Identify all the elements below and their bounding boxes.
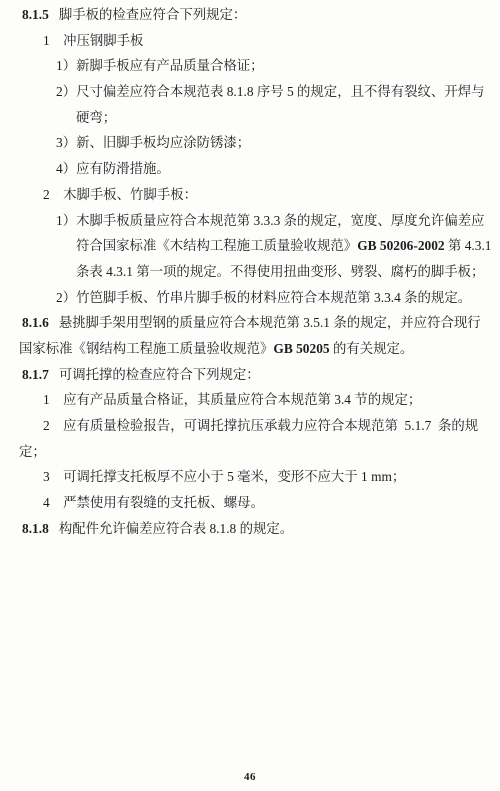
text-segment: 构配件允许偏差应符合表 8.1.8 的规定。 [49, 521, 293, 536]
text-segment: 硬弯； [76, 110, 116, 125]
text-line: 8.1.5 脚手板的检查应符合下列规定： [0, 2, 500, 28]
text-segment: 第 4.3.1 [445, 238, 492, 253]
text-segment: 定； [19, 444, 46, 459]
text-line: 8.1.8 构配件允许偏差应符合表 8.1.8 的规定。 [0, 516, 500, 542]
text-line: 符合国家标准《木结构工程施工质量验收规范》GB 50206-2002 第 4.3… [0, 233, 500, 259]
text-segment: 1 应有产品质量合格证，其质量应符合本规范第 3.4 节的规定； [43, 392, 421, 407]
clause-number: 8.1.8 [22, 521, 49, 536]
clause-number: GB 50206-2002 [357, 238, 444, 253]
page-number: 46 [0, 771, 500, 783]
text-line: 国家标准《钢结构工程施工质量验收规范》GB 50205 的有关规定。 [0, 336, 500, 362]
text-segment: 1）新脚手板应有产品质量合格证； [56, 58, 264, 73]
clause-number: 8.1.7 [22, 367, 49, 382]
text-line: 1 冲压钢脚手板 [0, 28, 500, 54]
text-segment: 国家标准《钢结构工程施工质量验收规范》 [19, 341, 273, 356]
text-segment: 2）尺寸偏差应符合本规范表 8.1.8 序号 5 的规定，且不得有裂纹、开焊与 [56, 84, 485, 99]
text-line: 2 木脚手板、竹脚手板： [0, 182, 500, 208]
text-line: 2 应有质量检验报告，可调托撑抗压承载力应符合本规范第 5.1.7 条的规 [0, 413, 500, 439]
text-segment: 的有关规定。 [330, 341, 414, 356]
text-segment: 条表 4.3.1 第一项的规定。不得使用扭曲变形、劈裂、腐朽的脚手板； [76, 264, 484, 279]
text-line: 定； [0, 439, 500, 465]
text-segment: 可调托撑的检查应符合下列规定： [49, 367, 260, 382]
text-segment: 2 应有质量检验报告，可调托撑抗压承载力应符合本规范第 5.1.7 条的规 [43, 418, 478, 433]
clause-number: 8.1.5 [22, 7, 49, 22]
text-line: 硬弯； [0, 105, 500, 131]
text-line: 3 可调托撑支托板厚不应小于 5 毫米，变形不应大于 1 mm； [0, 464, 500, 490]
text-segment: 符合国家标准《木结构工程施工质量验收规范》 [76, 238, 357, 253]
text-line: 1）木脚手板质量应符合本规范第 3.3.3 条的规定，宽度、厚度允许偏差应 [0, 208, 500, 234]
text-segment: 悬挑脚手架用型钢的质量应符合本规范第 3.5.1 条的规定，并应符合现行 [49, 315, 481, 330]
document-page: 8.1.5 脚手板的检查应符合下列规定：1 冲压钢脚手板1）新脚手板应有产品质量… [0, 0, 500, 791]
text-segment: 4 严禁使用有裂缝的支托板、螺母。 [43, 495, 264, 510]
text-line: 2）竹笆脚手板、竹串片脚手板的材料应符合本规范第 3.3.4 条的规定。 [0, 285, 500, 311]
text-segment: 3）新、旧脚手板均应涂防锈漆； [56, 135, 250, 150]
text-line: 8.1.7 可调托撑的检查应符合下列规定： [0, 362, 500, 388]
text-line: 1）新脚手板应有产品质量合格证； [0, 53, 500, 79]
text-line: 条表 4.3.1 第一项的规定。不得使用扭曲变形、劈裂、腐朽的脚手板； [0, 259, 500, 285]
clause-number: GB 50205 [273, 341, 329, 356]
text-segment: 2）竹笆脚手板、竹串片脚手板的材料应符合本规范第 3.3.4 条的规定。 [56, 290, 471, 305]
text-segment: 3 可调托撑支托板厚不应小于 5 毫米，变形不应大于 1 mm； [43, 469, 405, 484]
text-line: 4）应有防滑措施。 [0, 156, 500, 182]
text-segment: 1）木脚手板质量应符合本规范第 3.3.3 条的规定，宽度、厚度允许偏差应 [56, 213, 485, 228]
document-body: 8.1.5 脚手板的检查应符合下列规定：1 冲压钢脚手板1）新脚手板应有产品质量… [0, 2, 500, 541]
text-line: 2）尺寸偏差应符合本规范表 8.1.8 序号 5 的规定，且不得有裂纹、开焊与 [0, 79, 500, 105]
text-line: 1 应有产品质量合格证，其质量应符合本规范第 3.4 节的规定； [0, 387, 500, 413]
text-segment: 2 木脚手板、竹脚手板： [43, 187, 197, 202]
text-segment: 脚手板的检查应符合下列规定： [49, 7, 247, 22]
text-line: 4 严禁使用有裂缝的支托板、螺母。 [0, 490, 500, 516]
text-segment: 1 冲压钢脚手板 [43, 33, 143, 48]
text-line: 3）新、旧脚手板均应涂防锈漆； [0, 130, 500, 156]
text-segment: 4）应有防滑措施。 [56, 161, 170, 176]
clause-number: 8.1.6 [22, 315, 49, 330]
text-line: 8.1.6 悬挑脚手架用型钢的质量应符合本规范第 3.5.1 条的规定，并应符合… [0, 310, 500, 336]
